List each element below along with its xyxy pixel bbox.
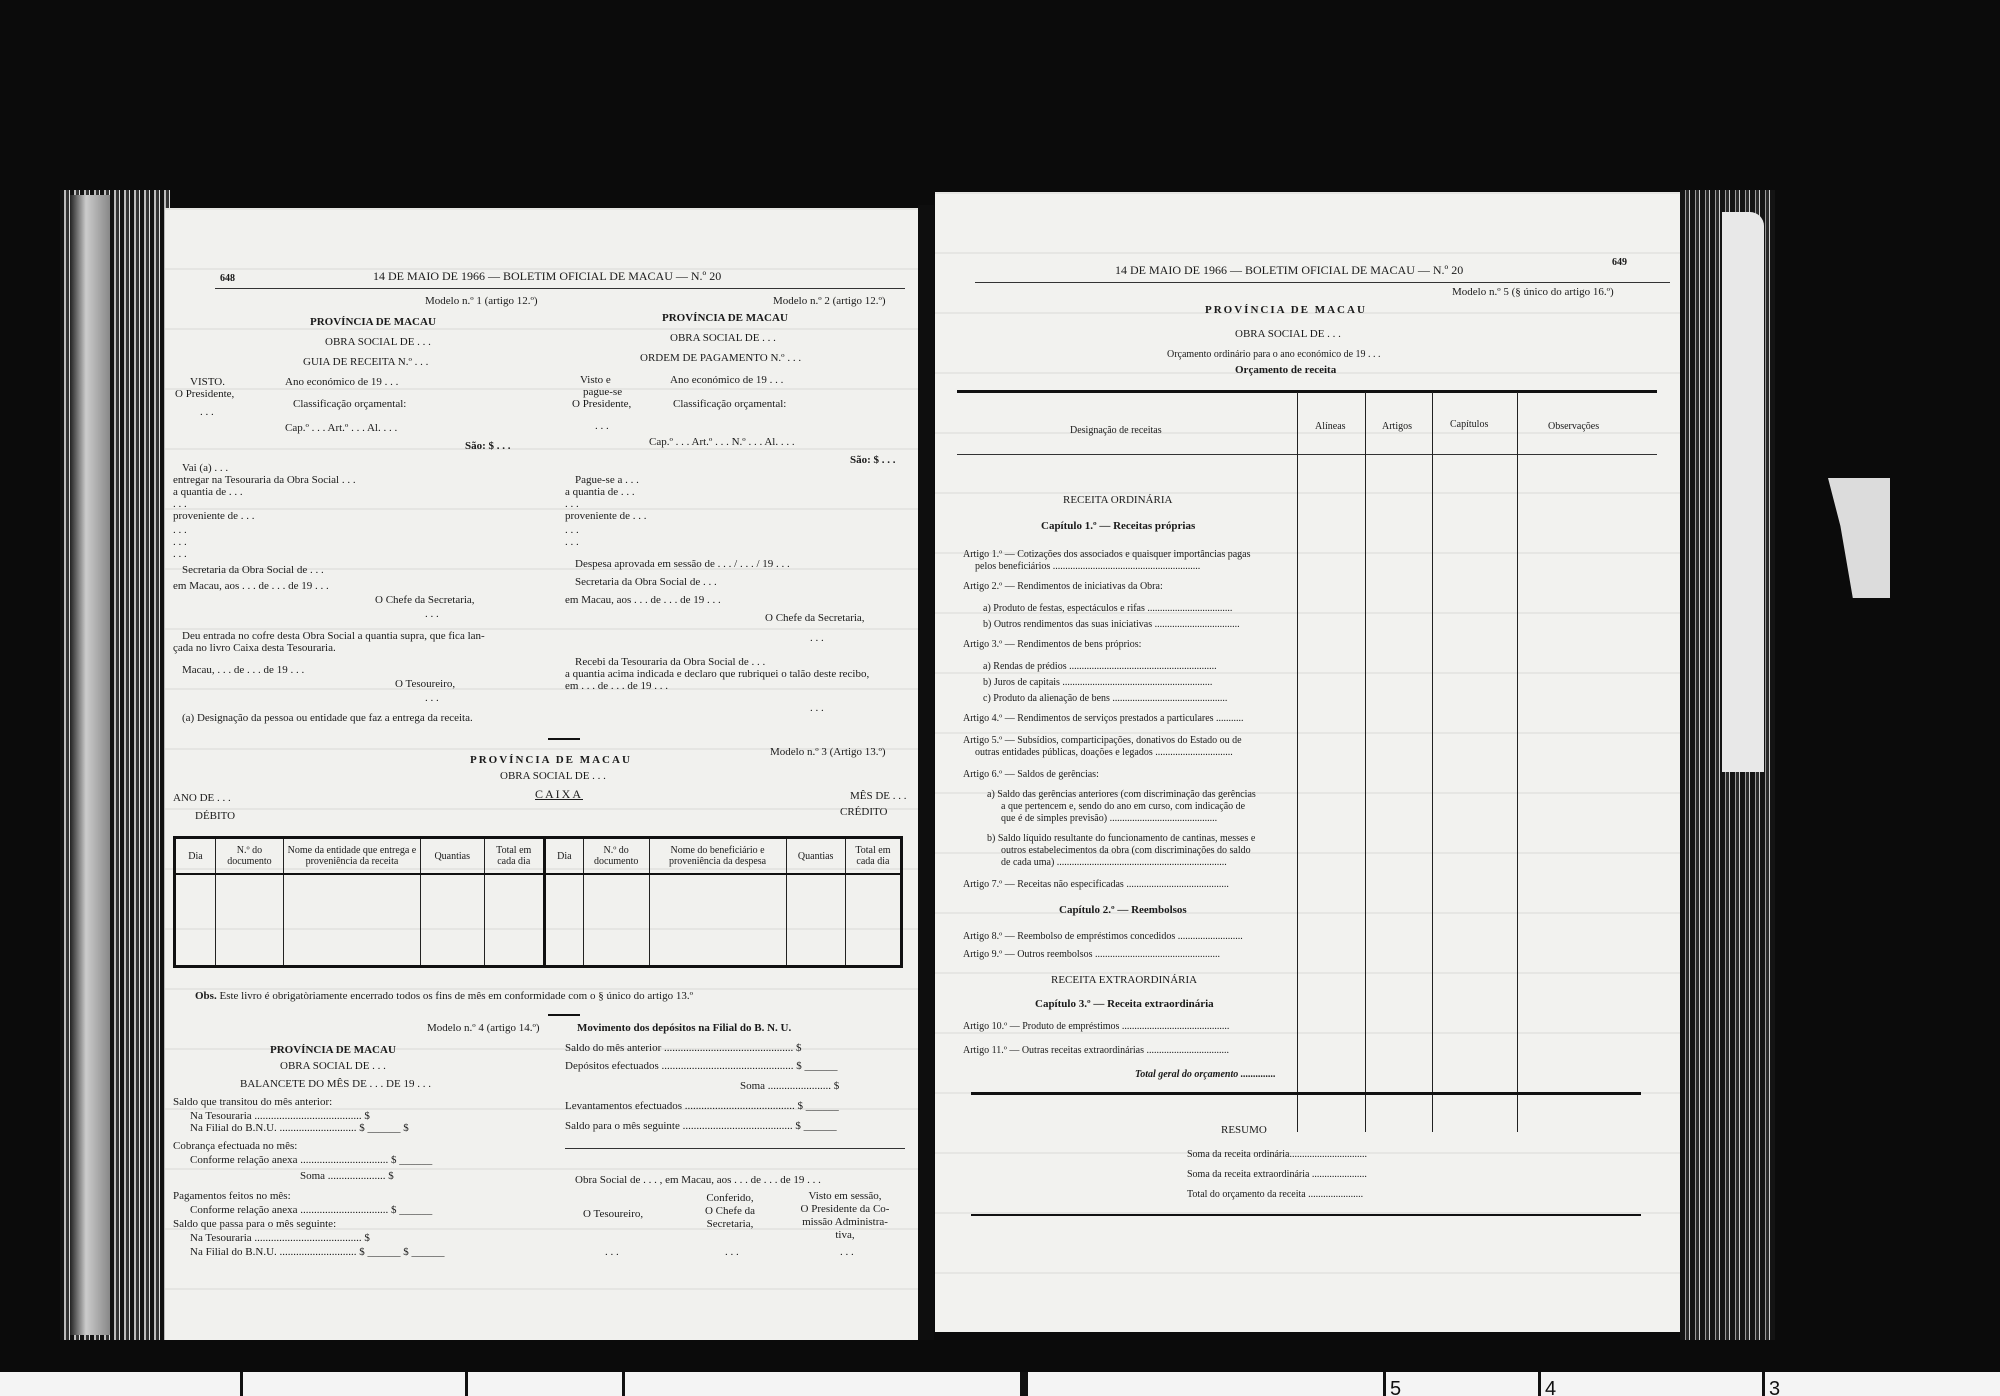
column-divider [1297,392,1298,1132]
province-heading: PROVÍNCIA DE MACAU [662,312,788,325]
text-line: proveniente de . . . [565,510,647,523]
resumo-bottom-rule [971,1214,1641,1216]
debito-label: DÉBITO [195,810,235,823]
text-line: . . . [173,548,187,561]
total-line: Total geral do orçamento .............. [1135,1068,1276,1081]
page-tab-far-right [1828,478,1890,598]
date-line: em Macau, aos . . . de . . . de 19 . . . [173,580,329,593]
tesoureiro-signature: O Tesoureiro, [395,678,455,691]
film-tick [1762,1372,1765,1396]
header-bottom-rule [957,454,1657,455]
film-tick [1020,1372,1028,1396]
running-header: 14 DE MAIO DE 1966 — BOLETIM OFICIAL DE … [1115,264,1463,277]
table-header-row: Dia N.º do documento Nome da entidade qu… [175,838,902,875]
ledger-line: Na Filial do B.N.U. ....................… [190,1122,409,1135]
signature-dots: . . . [810,702,824,715]
ano-label: ANO DE . . . [173,792,231,805]
ledger-line: Soma ..................... $ [300,1170,394,1183]
signature-dots: . . . [840,1246,854,1259]
column-header: Nome do beneficiário e proveniência da d… [649,838,786,875]
text-line: . . . [565,536,579,549]
signature-dots: . . . [605,1246,619,1259]
film-marker-label: 5 [1390,1378,1401,1396]
page-number: 648 [220,272,235,285]
budget-line: pelos beneficiários ....................… [975,560,1200,573]
budget-line: a) Produto de festas, espectáculos e rif… [983,602,1232,615]
mes-label: MÊS DE . . . [850,790,907,803]
chapter-heading: Capítulo 1.º — Receitas próprias [1041,520,1195,533]
section-heading: RECEITA EXTRAORDINÁRIA [1051,974,1197,987]
film-tick [240,1372,243,1396]
table-top-rule [957,390,1657,393]
section-divider [548,738,580,740]
column-header: Total em cada dia [845,838,901,875]
date-line: Macau, . . . de . . . de 19 . . . [182,664,304,677]
budget-line: a) Rendas de prédios ...................… [983,660,1217,673]
signature-dots: . . . [810,632,824,645]
credito-label: CRÉDITO [840,806,887,819]
budget-line: outras entidades públicas, doações e leg… [975,746,1233,759]
obra-heading: OBRA SOCIAL DE . . . [500,770,606,783]
ledger-line: Conforme relação anexa .................… [190,1154,432,1167]
classificacao: Classificação orçamental: [673,398,786,411]
ledger-line: Saldo para o mês seguinte ..............… [565,1120,837,1133]
column-header: Dia [175,838,216,875]
film-tick [1538,1372,1541,1396]
date-line: Obra Social de . . . , em Macau, aos . .… [575,1174,821,1187]
column-header: Observações [1548,420,1599,433]
obs-label: Obs. [195,990,217,1002]
ledger-line: Na Tesouraria ..........................… [190,1232,370,1245]
budget-line: Artigo 8.º — Reembolso de empréstimos co… [963,930,1243,943]
signature-dots: . . . [425,608,439,621]
classificacao: Classificação orçamental: [293,398,406,411]
section-title: Movimento dos depósitos na Filial do B. … [577,1022,791,1035]
column-header: Designação de receitas [1070,424,1162,437]
ledger-line: Depósitos efectuados ...................… [565,1060,838,1073]
film-marker-label: 3 [1769,1378,1780,1396]
conferido-signature: Conferido, O Chefe da Secretaria, [690,1192,770,1231]
budget-line: Artigo 10.º — Produto de empréstimos ...… [963,1020,1229,1033]
modelo-label: Modelo n.º 2 (artigo 12.º) [773,295,886,308]
text-line: Cobrança efectuada no mês: [173,1140,297,1153]
column-header: Artigos [1382,420,1412,433]
column-header: Nome da entidade que entrega e proveniên… [283,838,420,875]
header-rule [215,288,905,289]
form-title: CAIXA [535,788,583,801]
ledger-line: Na Filial do B.N.U. ....................… [190,1246,445,1259]
right-page: 14 DE MAIO DE 1966 — BOLETIM OFICIAL DE … [935,192,1680,1332]
ledger-line: Levantamentos efectuados ...............… [565,1100,839,1113]
column-header: Quantias [420,838,484,875]
secretaria-line: Secretaria da Obra Social de . . . [575,576,717,589]
modelo-label: Modelo n.º 5 (§ único do artigo 16.º) [1452,286,1614,299]
visto-signature: Visto em sessão, O Presidente da Co- mis… [795,1190,895,1242]
page-number: 649 [1612,256,1627,269]
province-heading: PROVÍNCIA DE MACAU [1205,304,1367,317]
form-title: ORDEM DE PAGAMENTO N.º . . . [640,352,801,365]
film-tick [622,1372,625,1396]
date-line: em Macau, aos . . . de . . . de 19 . . . [565,594,721,607]
table-bottom-rule [971,1092,1641,1095]
rule [565,1148,905,1149]
column-header: Dia [544,838,583,875]
budget-line: b) Juros de capitais ...................… [983,676,1212,689]
sao-amount: São: $ . . . [465,440,511,453]
orcamento-title: Orçamento de receita [1235,364,1336,377]
signature-dots: . . . [595,420,609,433]
budget-line: Artigo 3.º — Rendimentos de bens próprio… [963,638,1141,651]
film-tick [1383,1372,1386,1396]
presidente-label: O Presidente, [572,398,631,411]
presidente-label: O Presidente, [175,388,234,401]
budget-line: Artigo 11.º — Outras receitas extraordin… [963,1044,1229,1057]
header-rule [975,282,1670,283]
resumo-line: Soma da receita ordinária...............… [1187,1148,1367,1161]
footnote: (a) Designação da pessoa ou entidade que… [182,712,473,725]
obra-heading: OBRA SOCIAL DE . . . [670,332,776,345]
budget-line: Artigo 4.º — Rendimentos de serviços pre… [963,712,1244,725]
tesoureiro-signature: O Tesoureiro, [583,1208,643,1221]
column-divider [1365,392,1366,1132]
column-header: N.º do documento [583,838,649,875]
left-page: 648 14 DE MAIO DE 1966 — BOLETIM OFICIAL… [165,208,920,1348]
book-gutter [918,205,934,1345]
section-divider [548,1014,580,1016]
ano-economico: Ano económico de 19 . . . [285,376,398,389]
running-header: 14 DE MAIO DE 1966 — BOLETIM OFICIAL DE … [373,270,721,283]
column-divider [1517,392,1518,1132]
budget-line: Artigo 2.º — Rendimentos de iniciativas … [963,580,1163,593]
ledger-line: Saldo do mês anterior ..................… [565,1042,801,1055]
text-line: Saldo que passa para o mês seguinte: [173,1218,336,1231]
province-heading: PROVÍNCIA DE MACAU [310,316,436,329]
province-heading: PROVÍNCIA DE MACAU [270,1044,396,1057]
column-divider [1432,392,1433,1132]
column-header: N.º do documento [215,838,283,875]
ledger-line: Soma ....................... $ [740,1080,839,1093]
budget-line: c) Produto da alienação de bens ........… [983,692,1227,705]
ano-economico: Ano económico de 19 . . . [670,374,783,387]
budget-line: que é de simples previsão) .............… [1001,812,1217,825]
secretaria-line: Secretaria da Obra Social de . . . [182,564,324,577]
film-strip [0,1372,2000,1396]
chapter-heading: Capítulo 3.º — Receita extraordinária [1035,998,1214,1011]
orcamento-subtitle: Orçamento ordinário para o ano económico… [1167,348,1381,361]
table-row [175,874,902,967]
obra-heading: OBRA SOCIAL DE . . . [325,336,431,349]
resumo-line: Total do orçamento da receita ..........… [1187,1188,1363,1201]
column-header: Capítulos [1450,418,1488,431]
obs-text: Este livro é obrigatòriamente encerrado … [219,990,693,1002]
book-left-cover [70,195,110,1335]
chefe-signature: O Chefe da Secretaria, [765,612,865,625]
cap-art-n-al: Cap.º . . . Art.º . . . N.º . . . Al. . … [649,436,795,449]
text-line: Saldo que transitou do mês anterior: [173,1096,332,1109]
text-line: proveniente de . . . [173,510,255,523]
signature-dots: . . . [425,692,439,705]
ledger-line: Conforme relação anexa .................… [190,1204,432,1217]
chapter-heading: Capítulo 2.º — Reembolsos [1059,904,1187,917]
cap-art-al: Cap.º . . . Art.º . . . Al. . . . [285,422,397,435]
province-heading: PROVÍNCIA DE MACAU [470,754,632,767]
budget-line: de cada uma) ...........................… [1001,856,1227,869]
resumo-line: Soma da receita extraordinária .........… [1187,1168,1367,1181]
modelo-label: Modelo n.º 1 (artigo 12.º) [425,295,538,308]
caixa-table: Dia N.º do documento Nome da entidade qu… [173,836,903,968]
modelo-label: Modelo n.º 4 (artigo 14.º) [427,1022,540,1035]
section-heading: RECEITA ORDINÁRIA [1063,494,1172,507]
form-title: BALANCETE DO MÊS DE . . . DE 19 . . . [240,1078,431,1091]
form-title: GUIA DE RECEITA N.º . . . [303,356,428,369]
chefe-signature: O Chefe da Secretaria, [375,594,475,607]
budget-line: b) Outros rendimentos das suas iniciativ… [983,618,1240,631]
budget-line: Artigo 9.º — Outros reembolsos .........… [963,948,1220,961]
film-tick [465,1372,468,1396]
obra-heading: OBRA SOCIAL DE . . . [280,1060,386,1073]
obs-note: Obs. Este livro é obrigatòriamente encer… [195,990,693,1003]
sao-amount: São: $ . . . [850,454,896,467]
despesa-line: Despesa aprovada em sessão de . . . / . … [575,558,790,571]
resumo-title: RESUMO [1221,1124,1267,1137]
modelo-label: Modelo n.º 3 (Artigo 13.º) [770,746,886,759]
text-line: Pagamentos feitos no mês: [173,1190,291,1203]
film-marker-label: 4 [1545,1378,1556,1396]
signature-dots: . . . [200,406,214,419]
column-header: Alíneas [1315,420,1346,433]
obra-heading: OBRA SOCIAL DE . . . [1235,328,1341,341]
column-header: Total em cada dia [484,838,544,875]
text-line: çada no livro Caixa desta Tesouraria. [173,642,336,655]
signature-dots: . . . [725,1246,739,1259]
column-header: Quantias [786,838,845,875]
page-tab-right [1722,212,1764,772]
budget-line: Artigo 7.º — Receitas não especificadas … [963,878,1229,891]
text-line: em . . . de . . . de 19 . . . [565,680,668,693]
budget-line: Artigo 6.º — Saldos de gerências: [963,768,1099,781]
